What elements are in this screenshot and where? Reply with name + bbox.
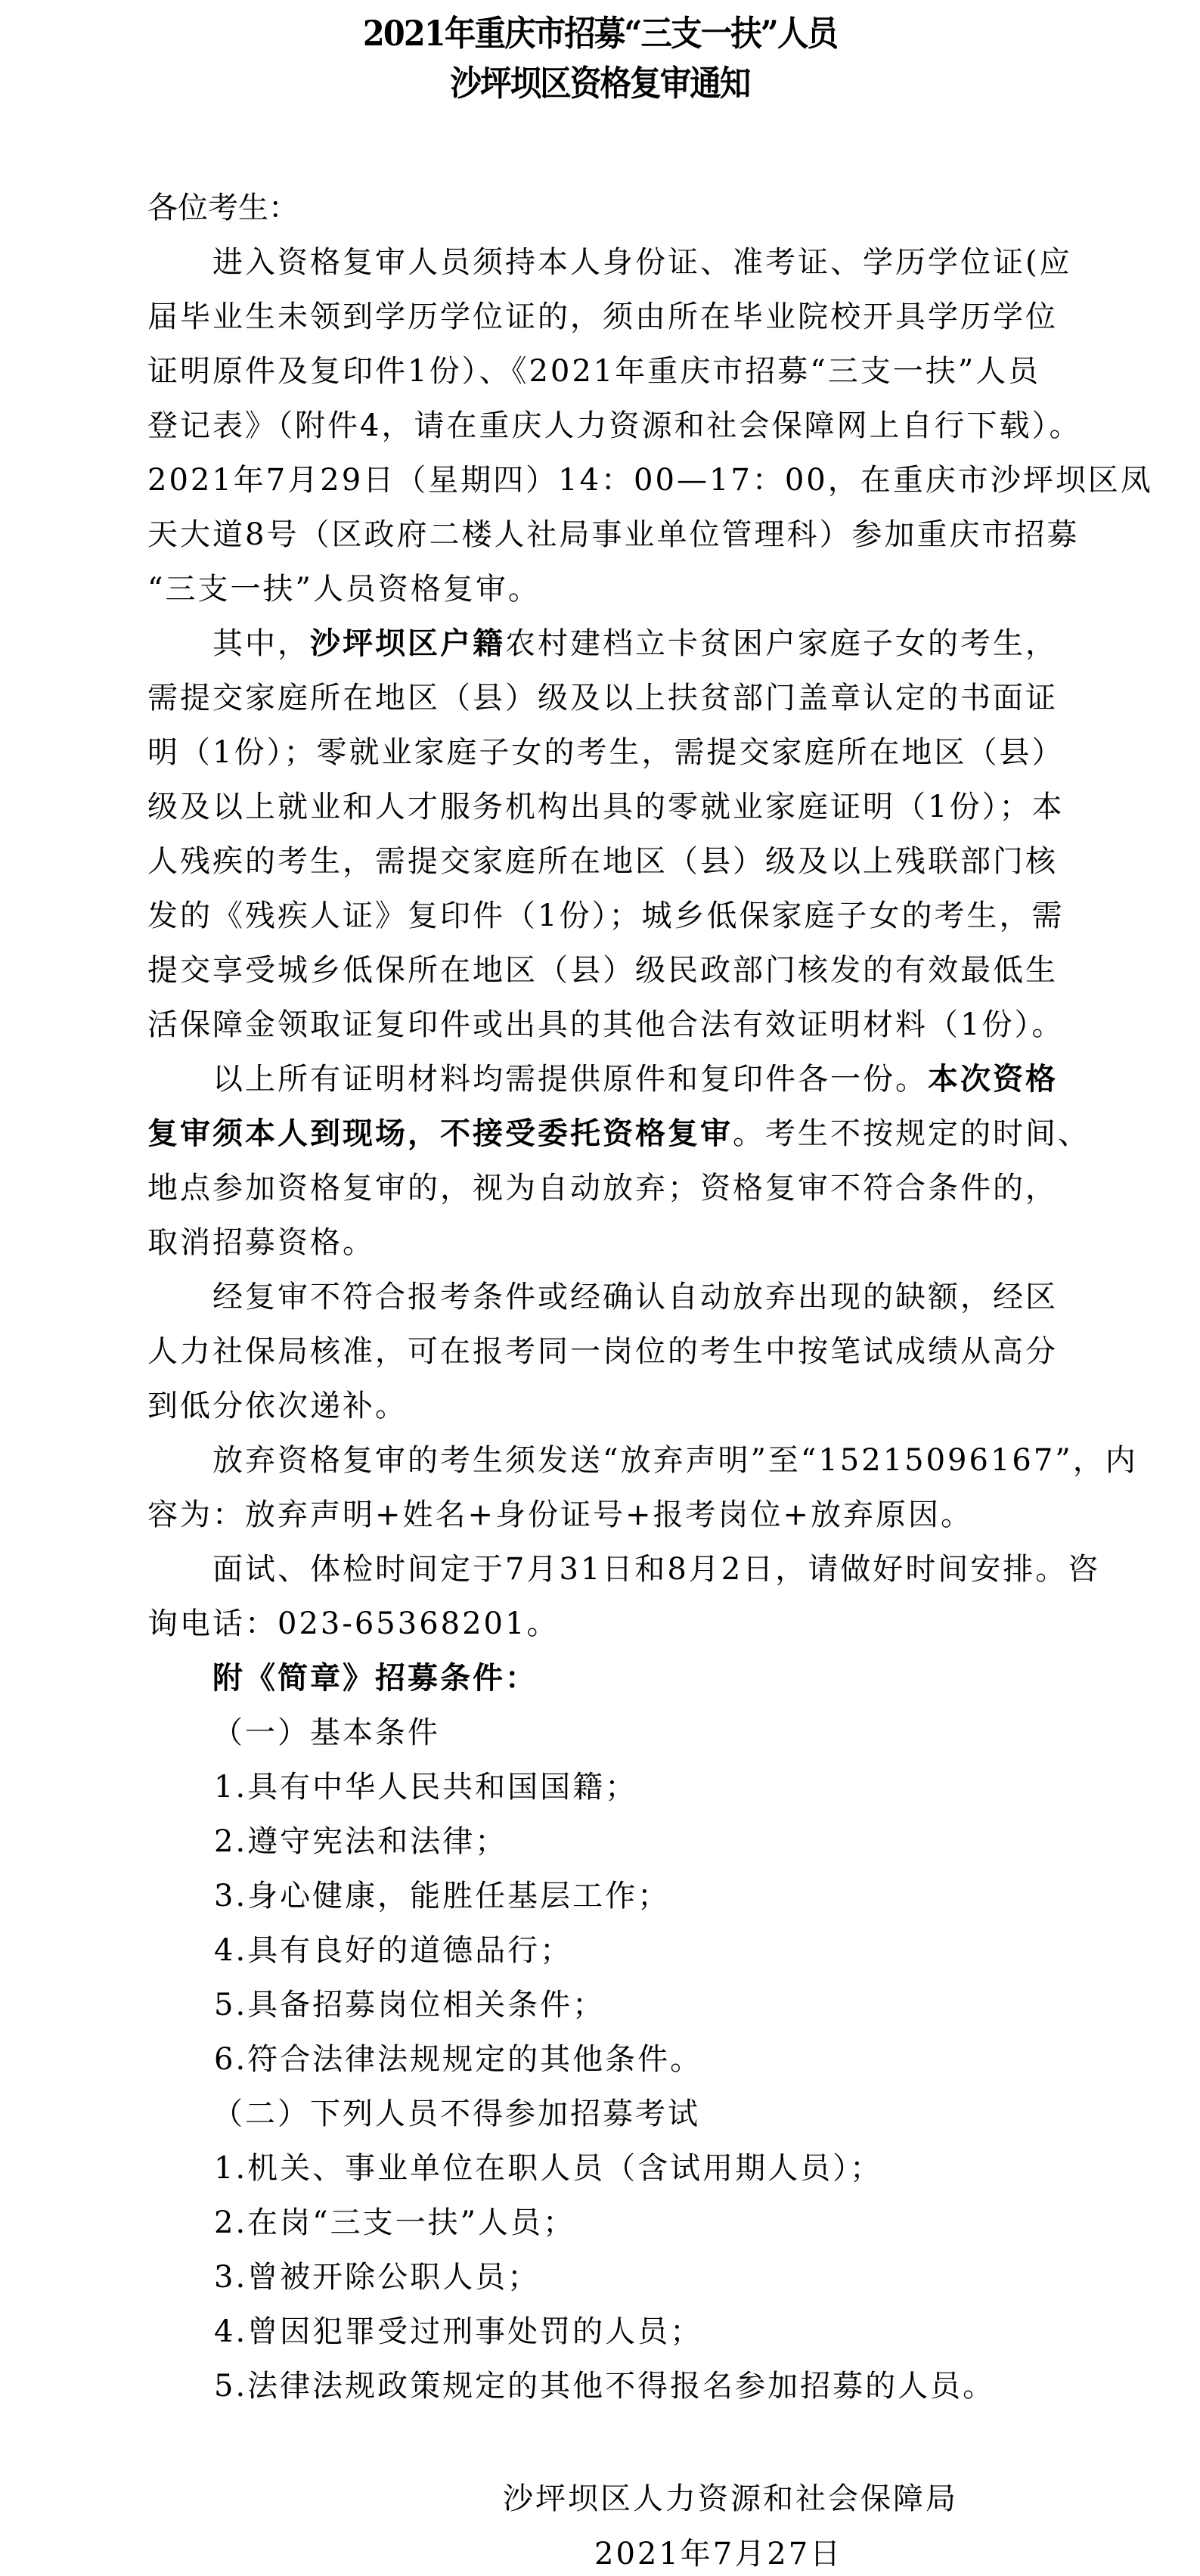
paragraph-1-line: 证明原件及复印件1份）、《2021年重庆市招募“三支一扶”人员 [147, 344, 1062, 399]
text: 。考生不按规定的时间、 [733, 1116, 1090, 1151]
text: 以上所有证明材料均需提供原件和复印件各一份。 [212, 1062, 928, 1097]
emphasis-in-person: 复审须本人到现场，不接受委托资格复审 [147, 1116, 733, 1151]
paragraph-4-line: 到低分依次递补。 [147, 1379, 1062, 1433]
section-2-item: 4.曾因犯罪受过刑事处罚的人员； [147, 2304, 1062, 2359]
paragraph-6-line: 询电话：023-65368201。 [147, 1597, 1062, 1651]
paragraph-3-line: 以上所有证明材料均需提供原件和复印件各一份。本次资格 [147, 1052, 1062, 1106]
paragraph-1-line: 登记表》（附件4，请在重庆人力资源和社会保障网上自行下载）。 [147, 399, 1062, 453]
paragraph-2-line: 需提交家庭所在地区（县）级及以上扶贫部门盖章认定的书面证 [147, 671, 1062, 725]
paragraph-2-line: 人残疾的考生，需提交家庭所在地区（县）级及以上残联部门核 [147, 834, 1062, 889]
attachment-heading: 附《简章》招募条件： [147, 1651, 1062, 1705]
section-1-heading: （一）基本条件 [147, 1705, 1062, 1760]
section-1-item: 2.遵守宪法和法律； [147, 1814, 1062, 1869]
section-2-item: 2.在岗“三支一扶”人员； [147, 2196, 1062, 2250]
salutation: 各位考生： [147, 181, 1062, 235]
paragraph-2-line: 提交享受城乡低保所在地区（县）级民政部门核发的有效最低生 [147, 943, 1062, 998]
emphasis-hukou: 沙坪坝区户籍 [310, 625, 505, 661]
paragraph-2-line: 级及以上就业和人才服务机构出具的零就业家庭证明（1份）；本 [147, 780, 1062, 834]
document-title-line-1: 2021年重庆市招募“三支一扶”人员 [60, 12, 1140, 54]
signature-date: 2021年7月27日 [594, 2530, 842, 2573]
notice-body: 各位考生： 进入资格复审人员须持本人身份证、准考证、学历学位证(应 届毕业生未领… [147, 181, 1062, 2413]
paragraph-5-line: 放弃资格复审的考生须发送“放弃声明”至“15215096167”，内 [147, 1433, 1062, 1488]
paragraph-2-line: 其中，沙坪坝区户籍农村建档立卡贫困户家庭子女的考生， [147, 616, 1062, 671]
paragraph-2-line: 发的《残疾人证》复印件（1份）；城乡低保家庭子女的考生，需 [147, 889, 1062, 943]
paragraph-4-line: 人力社保局核准，可在报考同一岗位的考生中按笔试成绩从高分 [147, 1324, 1062, 1379]
paragraph-1-line: 届毕业生未领到学历学位证的，须由所在毕业院校开具学历学位 [147, 290, 1062, 344]
emphasis-in-person: 本次资格 [928, 1061, 1058, 1097]
document-title-line-2: 沙坪坝区资格复审通知 [60, 62, 1140, 104]
section-2-heading: （二）下列人员不得参加招募考试 [147, 2087, 1062, 2141]
paragraph-6-line: 面试、体检时间定于7月31日和8月2日，请做好时间安排。咨 [147, 1542, 1062, 1597]
text: 其中， [212, 626, 310, 661]
section-2-item: 3.曾被开除公职人员； [147, 2250, 1062, 2304]
section-1-item: 6.符合法律法规规定的其他条件。 [147, 2032, 1062, 2087]
paragraph-2-line: 明（1份）；零就业家庭子女的考生，需提交家庭所在地区（县） [147, 725, 1062, 780]
paragraph-5-line: 容为：放弃声明+姓名+身份证号+报考岗位+放弃原因。 [147, 1488, 1062, 1542]
section-1-item: 1.具有中华人民共和国国籍； [147, 1760, 1062, 1814]
paragraph-1-line: 2021年7月29日（星期四）14：00—17：00，在重庆市沙坪坝区凤 [147, 453, 1062, 507]
paragraph-1-line: 天大道8号（区政府二楼人社局事业单位管理科）参加重庆市招募 [147, 507, 1062, 562]
paragraph-4-line: 经复审不符合报考条件或经确认自动放弃出现的缺额，经区 [147, 1270, 1062, 1324]
section-2-item: 1.机关、事业单位在职人员（含试用期人员）； [147, 2141, 1062, 2196]
paragraph-1-line: 进入资格复审人员须持本人身份证、准考证、学历学位证(应 [147, 235, 1062, 290]
paragraph-1-line: “三支一扶”人员资格复审。 [147, 562, 1062, 616]
section-1-item: 3.身心健康，能胜任基层工作； [147, 1869, 1062, 1923]
section-1-item: 4.具有良好的道德品行； [147, 1923, 1062, 1978]
signature-organization: 沙坪坝区人力资源和社会保障局 [503, 2475, 958, 2518]
paragraph-3-line: 取消招募资格。 [147, 1215, 1062, 1270]
text: 农村建档立卡贫困户家庭子女的考生， [505, 626, 1058, 661]
paragraph-3-line: 复审须本人到现场，不接受委托资格复审。考生不按规定的时间、 [147, 1106, 1062, 1161]
paragraph-3-line: 地点参加资格复审的，视为自动放弃；资格复审不符合条件的， [147, 1161, 1062, 1215]
paragraph-2-line: 活保障金领取证复印件或出具的其他合法有效证明材料（1份）。 [147, 998, 1062, 1052]
section-1-item: 5.具备招募岗位相关条件； [147, 1978, 1062, 2032]
section-2-item: 5.法律法规政策规定的其他不得报名参加招募的人员。 [147, 2359, 1062, 2413]
